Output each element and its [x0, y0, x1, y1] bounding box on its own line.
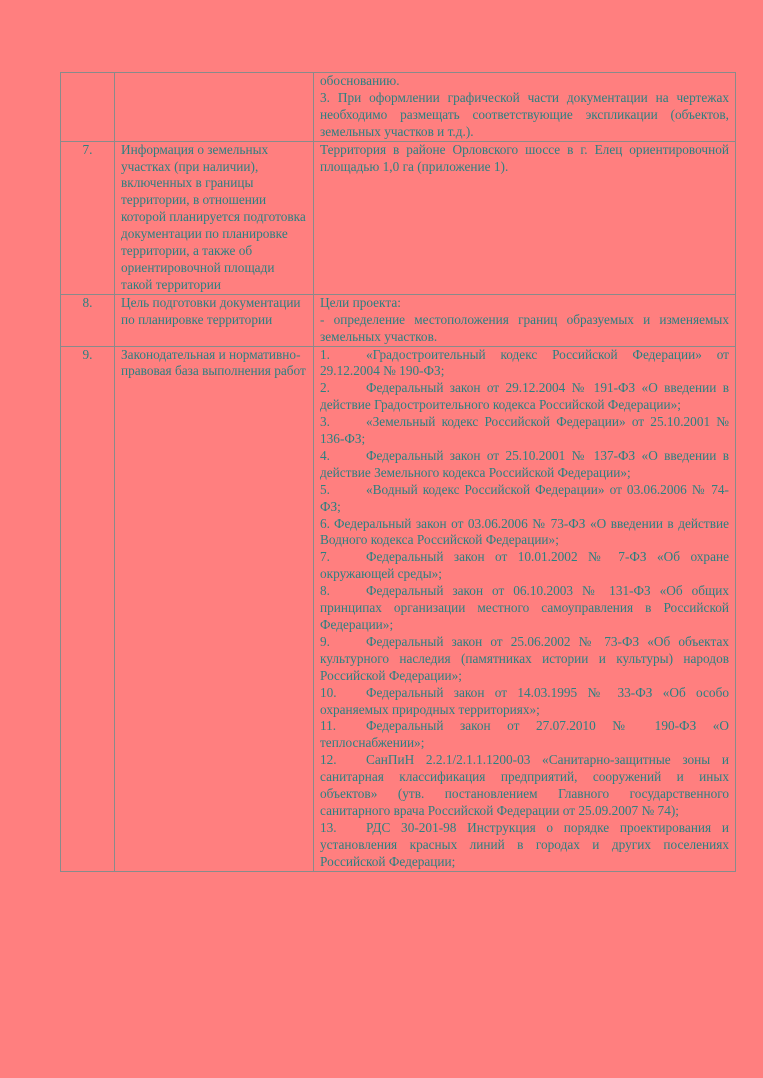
legal-reference-item: 1.«Градостроительный кодекс Российской Ф… [320, 347, 729, 381]
item-number: 7. [320, 549, 366, 566]
table-row: 9.Законодательная и нормативно-правовая … [61, 346, 736, 871]
legal-reference-item: 10.Федеральный закон от 14.03.1995 № 33-… [320, 685, 729, 719]
row-content: Цели проекта: - определение местоположен… [314, 294, 736, 346]
table-row: обоснованию.3. При оформлении графическо… [61, 73, 736, 142]
item-text: Федеральный закон от 14.03.1995 № 33-ФЗ … [320, 685, 729, 717]
legal-reference-item: 4.Федеральный закон от 25.10.2001 № 137-… [320, 448, 729, 482]
item-text: «Земельный кодекс Российской Федерации» … [320, 414, 729, 446]
item-number: 1. [320, 347, 366, 364]
table-row: 7.Информация о земельных участках (при н… [61, 141, 736, 294]
row-title: Законодательная и нормативно-правовая ба… [115, 346, 314, 871]
item-number: 12. [320, 752, 366, 769]
row-number: 7. [61, 141, 115, 294]
item-text: Федеральный закон от 03.06.2006 № 73-ФЗ … [320, 516, 729, 548]
item-number: 13. [320, 820, 366, 837]
row-title [115, 73, 314, 142]
legal-reference-item: 11.Федеральный закон от 27.07.2010 № 190… [320, 718, 729, 752]
requirements-table: обоснованию.3. При оформлении графическо… [60, 72, 736, 872]
item-text: СанПиН 2.2.1/2.1.1.1200-03 «Санитарно-за… [320, 752, 729, 818]
content-paragraph: - определение местоположения границ обра… [320, 312, 729, 346]
item-number: 11. [320, 718, 366, 735]
item-number: 3. [320, 414, 366, 431]
row-content: Территория в районе Орловского шоссе в г… [314, 141, 736, 294]
row-number [61, 73, 115, 142]
legal-reference-item: 9.Федеральный закон от 25.06.2002 № 73-Ф… [320, 634, 729, 685]
row-number: 8. [61, 294, 115, 346]
content-paragraph: Цели проекта: [320, 295, 729, 312]
row-content: 1.«Градостроительный кодекс Российской Ф… [314, 346, 736, 871]
item-text: Федеральный закон от 25.06.2002 № 73-ФЗ … [320, 634, 729, 683]
legal-reference-item: 5.«Водный кодекс Российской Федерации» о… [320, 482, 729, 516]
table-row: 8.Цель подготовки документации по планир… [61, 294, 736, 346]
item-number: 6. [320, 516, 330, 533]
content-paragraph: обоснованию. [320, 73, 729, 90]
item-number: 8. [320, 583, 366, 600]
item-text: Федеральный закон от 10.01.2002 № 7-ФЗ «… [320, 549, 729, 581]
legal-reference-item: 2.Федеральный закон от 29.12.2004 № 191-… [320, 380, 729, 414]
row-content: обоснованию.3. При оформлении графическо… [314, 73, 736, 142]
item-number: 2. [320, 380, 366, 397]
item-number: 10. [320, 685, 366, 702]
legal-reference-item: 3.«Земельный кодекс Российской Федерации… [320, 414, 729, 448]
legal-reference-item: 13.РДС 30-201-98 Инструкция о порядке пр… [320, 820, 729, 871]
item-number: 5. [320, 482, 366, 499]
item-number: 4. [320, 448, 366, 465]
item-number: 9. [320, 634, 366, 651]
item-text: Федеральный закон от 06.10.2003 № 131-ФЗ… [320, 583, 729, 632]
item-text: Федеральный закон от 25.10.2001 № 137-ФЗ… [320, 448, 729, 480]
item-text: Федеральный закон от 27.07.2010 № 190-ФЗ… [320, 718, 729, 750]
item-text: РДС 30-201-98 Инструкция о порядке проек… [320, 820, 729, 869]
row-title: Информация о земельных участках (при нал… [115, 141, 314, 294]
legal-reference-item: 7.Федеральный закон от 10.01.2002 № 7-ФЗ… [320, 549, 729, 583]
row-number: 9. [61, 346, 115, 871]
legal-reference-item: 6.Федеральный закон от 03.06.2006 № 73-Ф… [320, 516, 729, 550]
content-paragraph: Территория в районе Орловского шоссе в г… [320, 142, 729, 176]
legal-reference-item: 8.Федеральный закон от 06.10.2003 № 131-… [320, 583, 729, 634]
legal-reference-item: 12.СанПиН 2.2.1/2.1.1.1200-03 «Санитарно… [320, 752, 729, 820]
item-text: Федеральный закон от 29.12.2004 № 191-ФЗ… [320, 380, 729, 412]
content-paragraph: 3. При оформлении графической части доку… [320, 90, 729, 141]
item-text: «Водный кодекс Российской Федерации» от … [320, 482, 729, 514]
item-text: «Градостроительный кодекс Российской Фед… [320, 347, 729, 379]
row-title: Цель подготовки документации по планиров… [115, 294, 314, 346]
